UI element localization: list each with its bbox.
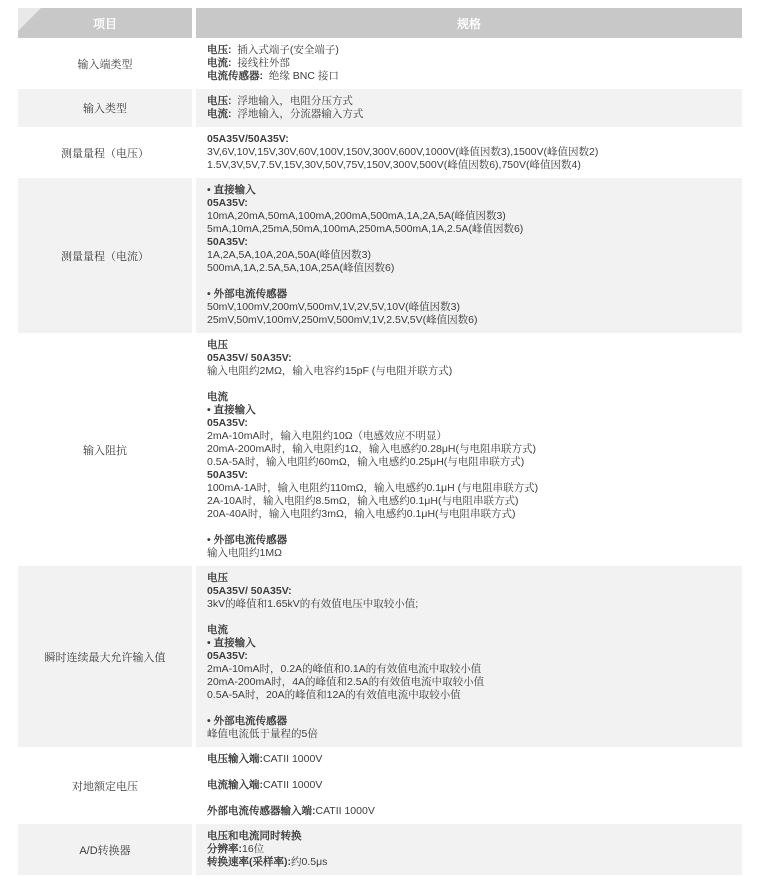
spec-line: 2mA-10mA时，输入电阻约10Ω（电感效应不明显） <box>207 430 734 443</box>
spec-line: 电流传感器: 绝缘 BNC 接口 <box>207 70 734 83</box>
spec-line: 转换速率(采样率):约0.5μs <box>207 856 734 869</box>
spec-line: 20A-40A时，输入电阻约3mΩ，输入电感约0.1μH(与电阻串联方式) <box>207 508 734 521</box>
spec-line: 3kV的峰值和1.65kV的有效值电压中取较小值; <box>207 598 734 611</box>
spec-line: 输入电阻约1MΩ <box>207 547 734 560</box>
spec-line: 500mA,1A,2.5A,5A,10A,25A(峰值因数6) <box>207 262 734 275</box>
spec-line: 电压: 浮地输入，电阻分压方式 <box>207 95 734 108</box>
spec-line: 电流: 浮地输入，分流器输入方式 <box>207 108 734 121</box>
spec-line: 3V,6V,10V,15V,30V,60V,100V,150V,300V,600… <box>207 146 734 159</box>
spec-line: 2A-10A时，输入电阻约8.5mΩ，输入电感约0.1μH(与电阻串联方式) <box>207 495 734 508</box>
corner-fold-icon <box>18 8 41 31</box>
spec-line-blank <box>207 521 734 534</box>
spec-line: 10mA,20mA,50mA,100mA,200mA,500mA,1A,2A,5… <box>207 210 734 223</box>
spec-row: 测量量程（电流）• 直接输入05A35V:10mA,20mA,50mA,100m… <box>18 178 742 333</box>
spec-line: • 直接输入 <box>207 637 734 650</box>
spec-content: 电压输入端:CATII 1000V 电流输入端:CATII 1000V 外部电流… <box>196 747 742 824</box>
item-label: 测量量程（电流） <box>18 178 192 333</box>
spec-line: 05A35V: <box>207 197 734 210</box>
spec-line: 05A35V: <box>207 650 734 663</box>
spec-line: 20mA-200mA时，输入电阻约1Ω，输入电感约0.28μH(与电阻串联方式) <box>207 443 734 456</box>
column-header-item: 项目 <box>18 8 192 38</box>
spec-line: 50A35V: <box>207 236 734 249</box>
spec-line: 电流输入端:CATII 1000V <box>207 779 734 792</box>
spec-line: 05A35V/ 50A35V: <box>207 352 734 365</box>
spec-line: 20mA-200mA时，4A的峰值和2.5A的有效值电流中取较小值 <box>207 676 734 689</box>
spec-table: 项目 规格 输入端类型电压: 插入式端子(安全端子)电流: 接线柱外部电流传感器… <box>18 8 742 875</box>
spec-line: • 外部电流传感器 <box>207 288 734 301</box>
spec-row: 输入阻抗电压05A35V/ 50A35V:输入电阻约2MΩ，输入电容约15pF … <box>18 333 742 566</box>
spec-row: A/D转换器电压和电流同时转换分辨率:16位转换速率(采样率):约0.5μs <box>18 824 742 875</box>
spec-line: 电压 <box>207 572 734 585</box>
item-label: 输入端类型 <box>18 38 192 89</box>
spec-line: 电压输入端:CATII 1000V <box>207 753 734 766</box>
spec-line: 5mA,10mA,25mA,50mA,100mA,250mA,500mA,1A,… <box>207 223 734 236</box>
table-body: 输入端类型电压: 插入式端子(安全端子)电流: 接线柱外部电流传感器: 绝缘 B… <box>18 38 742 875</box>
spec-line-blank <box>207 792 734 805</box>
spec-line: 0.5A-5A时，输入电阻约60mΩ，输入电感约0.25μH(与电阻串联方式) <box>207 456 734 469</box>
spec-content: • 直接输入05A35V:10mA,20mA,50mA,100mA,200mA,… <box>196 178 742 333</box>
column-header-spec-label: 规格 <box>457 15 481 32</box>
spec-line: 电流 <box>207 391 734 404</box>
spec-content: 电压: 插入式端子(安全端子)电流: 接线柱外部电流传感器: 绝缘 BNC 接口 <box>196 38 742 89</box>
item-label: 测量量程（电压） <box>18 127 192 178</box>
spec-line: 1A,2A,5A,10A,20A,50A(峰值因数3) <box>207 249 734 262</box>
spec-content: 电压05A35V/ 50A35V:3kV的峰值和1.65kV的有效值电压中取较小… <box>196 566 742 747</box>
item-label: A/D转换器 <box>18 824 192 875</box>
spec-line: • 直接输入 <box>207 404 734 417</box>
spec-line: 100mA-1A时，输入电阻约110mΩ，输入电感约0.1μH (与电阻串联方式… <box>207 482 734 495</box>
spec-line: 电压: 插入式端子(安全端子) <box>207 44 734 57</box>
spec-line: 50A35V: <box>207 469 734 482</box>
spec-row: 输入类型电压: 浮地输入，电阻分压方式电流: 浮地输入，分流器输入方式 <box>18 89 742 127</box>
column-header-spec: 规格 <box>196 8 742 38</box>
spec-line: 峰值电流低于量程的5倍 <box>207 728 734 741</box>
spec-row: 输入端类型电压: 插入式端子(安全端子)电流: 接线柱外部电流传感器: 绝缘 B… <box>18 38 742 89</box>
spec-line-blank <box>207 702 734 715</box>
spec-line: • 外部电流传感器 <box>207 534 734 547</box>
spec-line: 1.5V,3V,5V,7.5V,15V,30V,50V,75V,150V,300… <box>207 159 734 172</box>
spec-line-blank <box>207 275 734 288</box>
spec-content: 05A35V/50A35V:3V,6V,10V,15V,30V,60V,100V… <box>196 127 742 178</box>
spec-line: 2mA-10mA时，0.2A的峰值和0.1A的有效值电流中取较小值 <box>207 663 734 676</box>
spec-line: 电流: 接线柱外部 <box>207 57 734 70</box>
spec-line: 25mV,50mV,100mV,250mV,500mV,1V,2.5V,5V(峰… <box>207 314 734 327</box>
spec-line-blank <box>207 766 734 779</box>
spec-line: 50mV,100mV,200mV,500mV,1V,2V,5V,10V(峰值因数… <box>207 301 734 314</box>
spec-line: 电流 <box>207 624 734 637</box>
spec-line-blank <box>207 378 734 391</box>
table-header-row: 项目 规格 <box>18 8 742 38</box>
spec-line: 外部电流传感器输入端:CATII 1000V <box>207 805 734 818</box>
spec-row: 测量量程（电压）05A35V/50A35V:3V,6V,10V,15V,30V,… <box>18 127 742 178</box>
item-label: 对地额定电压 <box>18 747 192 824</box>
spec-line: 05A35V/50A35V: <box>207 133 734 146</box>
spec-row: 对地额定电压电压输入端:CATII 1000V 电流输入端:CATII 1000… <box>18 747 742 824</box>
spec-line: 0.5A-5A时，20A的峰值和12A的有效值电流中取较小值 <box>207 689 734 702</box>
spec-line: • 直接输入 <box>207 184 734 197</box>
spec-content: 电压05A35V/ 50A35V:输入电阻约2MΩ，输入电容约15pF (与电阻… <box>196 333 742 566</box>
spec-line: 电压和电流同时转换 <box>207 830 734 843</box>
spec-line: 分辨率:16位 <box>207 843 734 856</box>
spec-row: 瞬时连续最大允许输入值电压05A35V/ 50A35V:3kV的峰值和1.65k… <box>18 566 742 747</box>
column-header-item-label: 项目 <box>93 15 117 32</box>
spec-line: 电压 <box>207 339 734 352</box>
item-label: 输入类型 <box>18 89 192 127</box>
item-label: 瞬时连续最大允许输入值 <box>18 566 192 747</box>
spec-line: 05A35V: <box>207 417 734 430</box>
spec-content: 电压: 浮地输入，电阻分压方式电流: 浮地输入，分流器输入方式 <box>196 89 742 127</box>
item-label: 输入阻抗 <box>18 333 192 566</box>
spec-line: 输入电阻约2MΩ，输入电容约15pF (与电阻并联方式) <box>207 365 734 378</box>
spec-content: 电压和电流同时转换分辨率:16位转换速率(采样率):约0.5μs <box>196 824 742 875</box>
spec-line-blank <box>207 611 734 624</box>
spec-line: • 外部电流传感器 <box>207 715 734 728</box>
spec-line: 05A35V/ 50A35V: <box>207 585 734 598</box>
